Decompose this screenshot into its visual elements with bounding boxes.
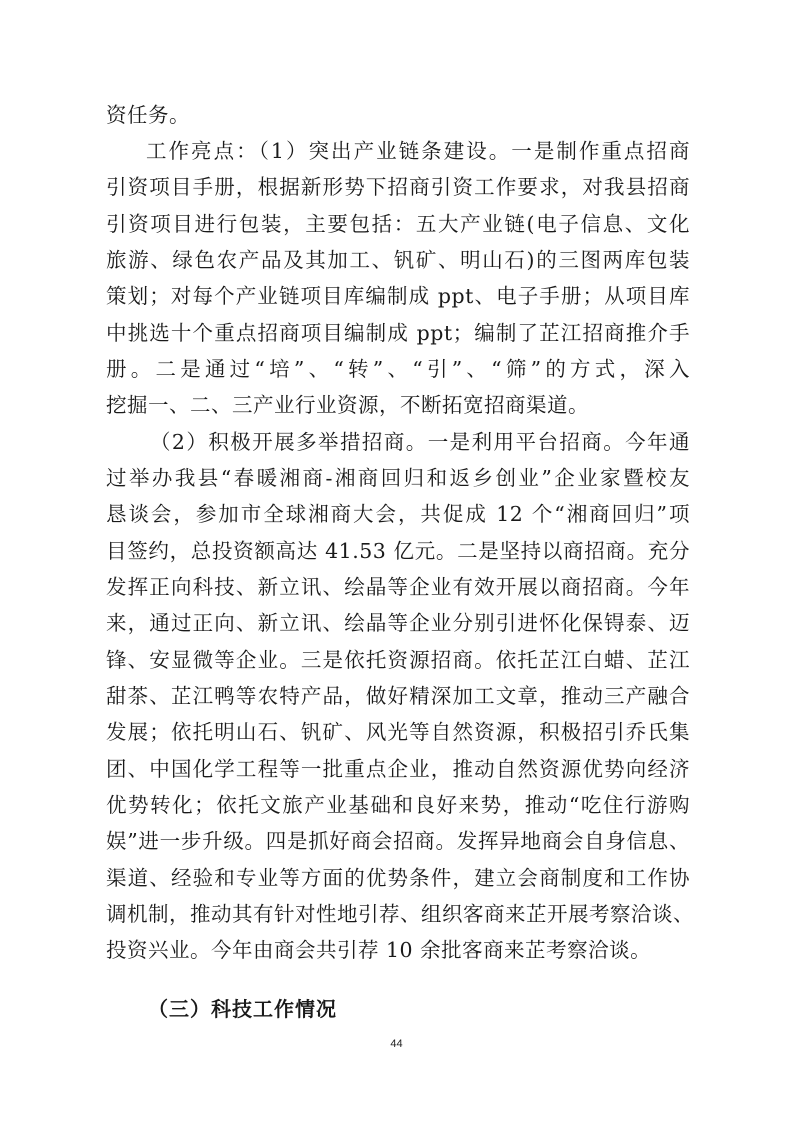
document-page: 资任务。 工作亮点：（1）突出产业链条建设。一是制作重点招商 引资项目手册，根据… [0, 0, 793, 1122]
paragraph-line: 投资兴业。今年由商会共引荐 10 余批客商来芷考察洽谈。 [106, 932, 690, 968]
paragraph-line: 过举办我县“春暖湘商-湘商回归和返乡创业”企业家暨校友 [106, 460, 690, 496]
paragraph-line: 优势转化；依托文旅产业基础和良好来势，推动“吃住行游购 [106, 787, 690, 823]
page-number: 44 [0, 1038, 793, 1050]
paragraph-line: 旅游、绿色农产品及其加工、钒矿、明山石)的三图两库包装 [106, 242, 690, 278]
paragraph-line: 甜茶、芷江鸭等农特产品，做好精深加工文章，推动三产融合 [106, 678, 690, 714]
paragraph-line: 工作亮点：（1）突出产业链条建设。一是制作重点招商 [146, 133, 690, 169]
paragraph-line: 团、中国化学工程等一批重点企业，推动自然资源优势向经济 [106, 751, 690, 787]
paragraph-line: 渠道、经验和专业等方面的优势条件，建立会商制度和工作协 [106, 860, 690, 896]
paragraph-line: 调机制，推动其有针对性地引荐、组织客商来芷开展考察洽谈、 [106, 896, 690, 932]
paragraph-line: 来，通过正向、新立讯、绘晶等企业分别引进怀化保锝泰、迈 [106, 605, 690, 641]
paragraph-line: 目签约，总投资额高达 41.53 亿元。二是坚持以商招商。充分 [106, 533, 690, 569]
paragraph-line: 恳谈会，参加市全球湘商大会，共促成 12 个“湘商回归”项 [106, 496, 690, 532]
paragraph-line: 挖掘一、二、三产业行业资源，不断拓宽招商渠道。 [106, 387, 690, 423]
paragraph-line: 发挥正向科技、新立讯、绘晶等企业有效开展以商招商。今年 [106, 569, 690, 605]
paragraph-line: 引资项目进行包装，主要包括：五大产业链(电子信息、文化 [106, 206, 690, 242]
paragraph-line: 资任务。 [106, 97, 690, 133]
paragraph-line: 娱”进一步升级。四是抓好商会招商。发挥异地商会自身信息、 [106, 823, 690, 859]
paragraph-line: 策划；对每个产业链项目库编制成 ppt、电子手册；从项目库 [106, 278, 690, 314]
paragraph-line: 发展；依托明山石、钒矿、风光等自然资源，积极招引乔氏集 [106, 714, 690, 750]
paragraph-line: （2）积极开展多举措招商。一是利用平台招商。今年通 [150, 424, 690, 460]
section-heading: （三）科技工作情况 [148, 991, 337, 1027]
paragraph-line: 册。二是通过“培”、“转”、“引”、“筛”的方式，深入 [106, 351, 690, 387]
paragraph-line: 引资项目手册，根据新形势下招商引资工作要求，对我县招商 [106, 169, 690, 205]
paragraph-line: 锋、安显微等企业。三是依托资源招商。依托芷江白蜡、芷江 [106, 642, 690, 678]
paragraph-line: 中挑选十个重点招商项目编制成 ppt；编制了芷江招商推介手 [106, 315, 690, 351]
